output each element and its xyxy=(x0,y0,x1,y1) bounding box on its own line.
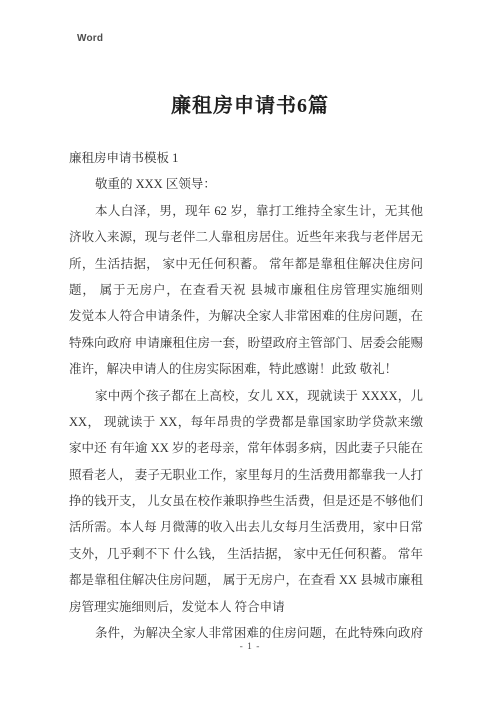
text-line: 活所需。本人每 月微薄的收入出去儿女每月生活费用，家中日常开 xyxy=(69,514,423,540)
text-line: 准许，解决申请人的住房实际困难，特此感谢！此致 敬礼！ xyxy=(69,356,423,382)
text-line: 敬重的 XXX 区领导： xyxy=(69,171,423,197)
text-line: 照看老人， 妻子无职业工作，家里每月的生活费用都靠我一人打工 xyxy=(69,462,423,488)
text-line: 廉租房申请书模板 1 xyxy=(69,145,423,171)
page-number: - 1 - xyxy=(0,642,500,652)
text-line: 挣的钱开支， 儿女虽在校作兼职挣些生活费，但是还是不够他们生 xyxy=(69,488,423,514)
document-body: 廉租房申请书模板 1敬重的 XXX 区领导：本人白泽，男，现年 62 岁，靠打工… xyxy=(69,145,423,646)
text-line: 支外，几乎剩不下 什么钱， 生活拮据， 家中无任何积蓄。 常年 xyxy=(69,541,423,567)
text-line: 都是靠租住解决住房问题， 属于无房户，在查看 XX 县城市廉租住 xyxy=(69,567,423,593)
document-page: Word 廉租房申请书6篇 廉租房申请书模板 1敬重的 XXX 区领导：本人白泽… xyxy=(0,0,500,707)
text-line: 家中还 有年逾 XX 岁的老母亲，常年体弱多病，因此妻子只能在家 xyxy=(69,435,423,461)
text-line: XX， 现就读于 XX，每年昂贵的学费都是靠国家助学贷款来缴纳， xyxy=(69,409,423,435)
text-line: 发觉本人符合申请条件，为解决全家人非常困难的住房问题，在此 xyxy=(69,303,423,329)
text-line: 家中两个孩子都在上高校，女儿 XX，现就读于 XXXX，儿子 xyxy=(69,383,423,409)
text-line: 特殊向政府 申请廉租住房一套，盼望政府主管部门、居委会能赐予 xyxy=(69,330,423,356)
text-line: 房管理实施细则后，发觉本人 符合申请 xyxy=(69,594,423,620)
text-line: 所，生活拮据， 家中无任何积蓄。 常年都是靠租住解决住房问 xyxy=(69,251,423,277)
text-line: 济收入来源，现与老伴二人靠租房居住。近些年来我与老伴居无定 xyxy=(69,224,423,250)
text-line: 本人白泽，男，现年 62 岁，靠打工维持全家生计，无其他经 xyxy=(69,198,423,224)
text-line: 题， 属于无房户，在查看天祝 县城市廉租住房管理实施细则后， xyxy=(69,277,423,303)
document-title: 廉租房申请书6篇 xyxy=(0,89,500,118)
word-app-label: Word xyxy=(77,33,103,44)
